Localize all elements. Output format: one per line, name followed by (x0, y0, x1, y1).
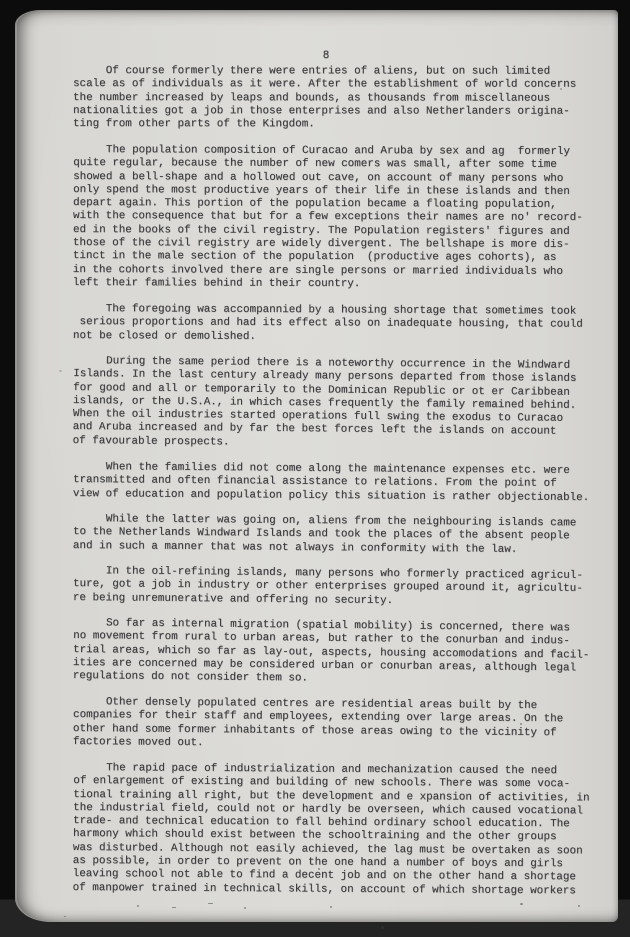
scan-speck (244, 907, 246, 909)
scan-speck (172, 907, 176, 908)
paragraph: In the oil-refining islands, many person… (73, 565, 599, 610)
paragraph: During the same period there is a notewo… (73, 355, 600, 453)
paragraph: While the latter was going on, aliens fr… (73, 513, 599, 557)
paragraph: The foregoing was accompannied by a hous… (73, 303, 599, 346)
scan-speck (318, 868, 320, 870)
scan-speck (64, 916, 66, 917)
scan-speck (381, 926, 384, 929)
paragraph: Of course formerly there were entries of… (73, 65, 599, 132)
scan-speck (560, 88, 562, 90)
paragraph: When the families did not come along the… (73, 461, 599, 505)
page-number: 8 (73, 50, 579, 63)
scan-speck (520, 903, 523, 905)
scan-speck (578, 905, 580, 907)
page-content: 8 Of course formerly there were entries … (73, 50, 599, 895)
paragraph: The population composition of Curacao an… (73, 144, 600, 292)
paragraph: So far as internal migration (spatial mo… (73, 617, 600, 689)
scan-speck (520, 723, 522, 725)
scan-background: 8 Of course formerly there were entries … (0, 0, 630, 937)
scan-speck (59, 370, 62, 372)
scan-speck (137, 905, 139, 907)
paragraph: The rapid pace of industrialization and … (73, 762, 600, 898)
scan-speck (208, 903, 213, 904)
paragraph: Other densely populated centres are resi… (73, 696, 599, 754)
document-page: 8 Of course formerly there were entries … (15, 10, 618, 922)
scan-speck (330, 906, 332, 908)
